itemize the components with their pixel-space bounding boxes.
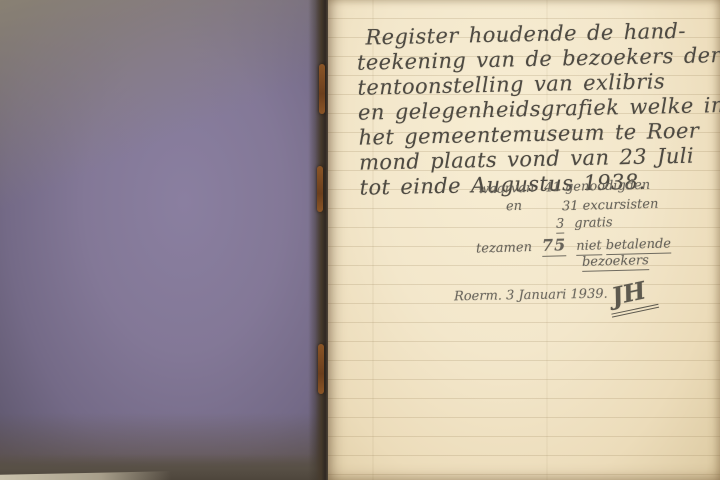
binding-stitch: [318, 344, 324, 394]
binding-stitch: [317, 166, 323, 212]
tally-row-bezoekers: bezoekers: [582, 253, 649, 270]
dateline: Roerm. 3 Januari 1939.: [454, 287, 608, 305]
tally-label-en: en: [506, 199, 522, 214]
tally-value-excursisten: 31 excursisten: [562, 197, 659, 215]
tally-word: bezoekers: [582, 253, 649, 272]
tally-label: gratis: [574, 215, 613, 231]
tally-value: 41 genoodigden: [544, 178, 650, 196]
purple-endpaper-cover: [0, 0, 335, 480]
tally-total: 75: [542, 235, 567, 257]
tally-row-gratis: 3gratis: [556, 215, 613, 231]
notebook-photo: Register houdende de hand- teekening van…: [0, 0, 720, 480]
tally-value: 3: [556, 217, 565, 234]
signature-initials: JH: [605, 273, 659, 317]
binding-stitch: [319, 64, 325, 114]
tally-label: waarvan: [478, 181, 535, 197]
tally-label: tezamen: [476, 240, 532, 256]
register-page: Register houdende de hand- teekening van…: [328, 0, 720, 480]
tally-suffix: niet: [576, 238, 602, 256]
register-title-block: Register houdende de hand- teekening van…: [356, 18, 712, 200]
tally-suffix: betalende: [606, 236, 672, 255]
